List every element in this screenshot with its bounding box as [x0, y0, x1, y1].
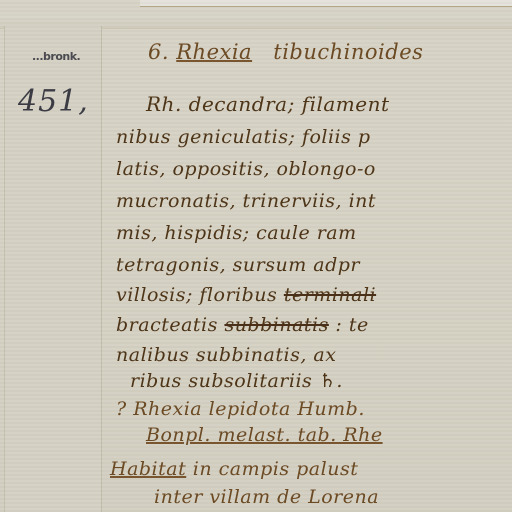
struck-word-2: subbinatis [224, 314, 328, 336]
synonym-line-2: Bonpl. melast. tab. Rhe [146, 424, 383, 446]
species-heading: 6. Rhexia tibuchinoides [148, 40, 423, 64]
mount-edge [140, 0, 512, 7]
text-line-3: latis, oppositis, oblongo-o [116, 158, 376, 180]
text-line-5: mis, hispidis; caule ram [116, 222, 357, 244]
margin-stamp: ...bronk. [32, 50, 80, 63]
synonym-line-1: ? Rhexia lepidota Humb. [116, 398, 365, 420]
text-line-6: tetragonis, sursum adpr [116, 254, 360, 276]
line-8-text: bracteatis [116, 314, 224, 336]
habitat-label: Habitat [110, 458, 186, 480]
text-line-1: Rh. decandra; filament [146, 92, 390, 116]
line-8-tail: : te [329, 314, 369, 336]
genus-name: Rhexia [176, 40, 252, 64]
text-line-9: nalibus subbinatis, ax [116, 344, 336, 366]
text-line-7: villosis; floribus terminali [116, 284, 376, 306]
habitat-text: in campis palust [186, 458, 358, 480]
manuscript-page: ...bronk. 451, 6. Rhexia tibuchinoides R… [0, 0, 512, 512]
struck-word-1: terminali [284, 284, 376, 306]
text-line-8: bracteatis subbinatis : te [116, 314, 369, 336]
text-line-2: nibus geniculatis; foliis p [116, 126, 371, 148]
species-epithet: tibuchinoides [273, 40, 423, 64]
text-line-10: ribus subsolitariis ♄. [130, 370, 343, 392]
habitat-line-1: Habitat in campis palust [110, 458, 358, 480]
species-number: 6. [148, 40, 169, 64]
line-7-text: villosis; floribus [116, 284, 284, 306]
text-line-4: mucronatis, trinerviis, int [116, 190, 376, 212]
habitat-line-2: inter villam de Lorena [154, 486, 379, 508]
catalog-number: 451, [18, 84, 89, 119]
